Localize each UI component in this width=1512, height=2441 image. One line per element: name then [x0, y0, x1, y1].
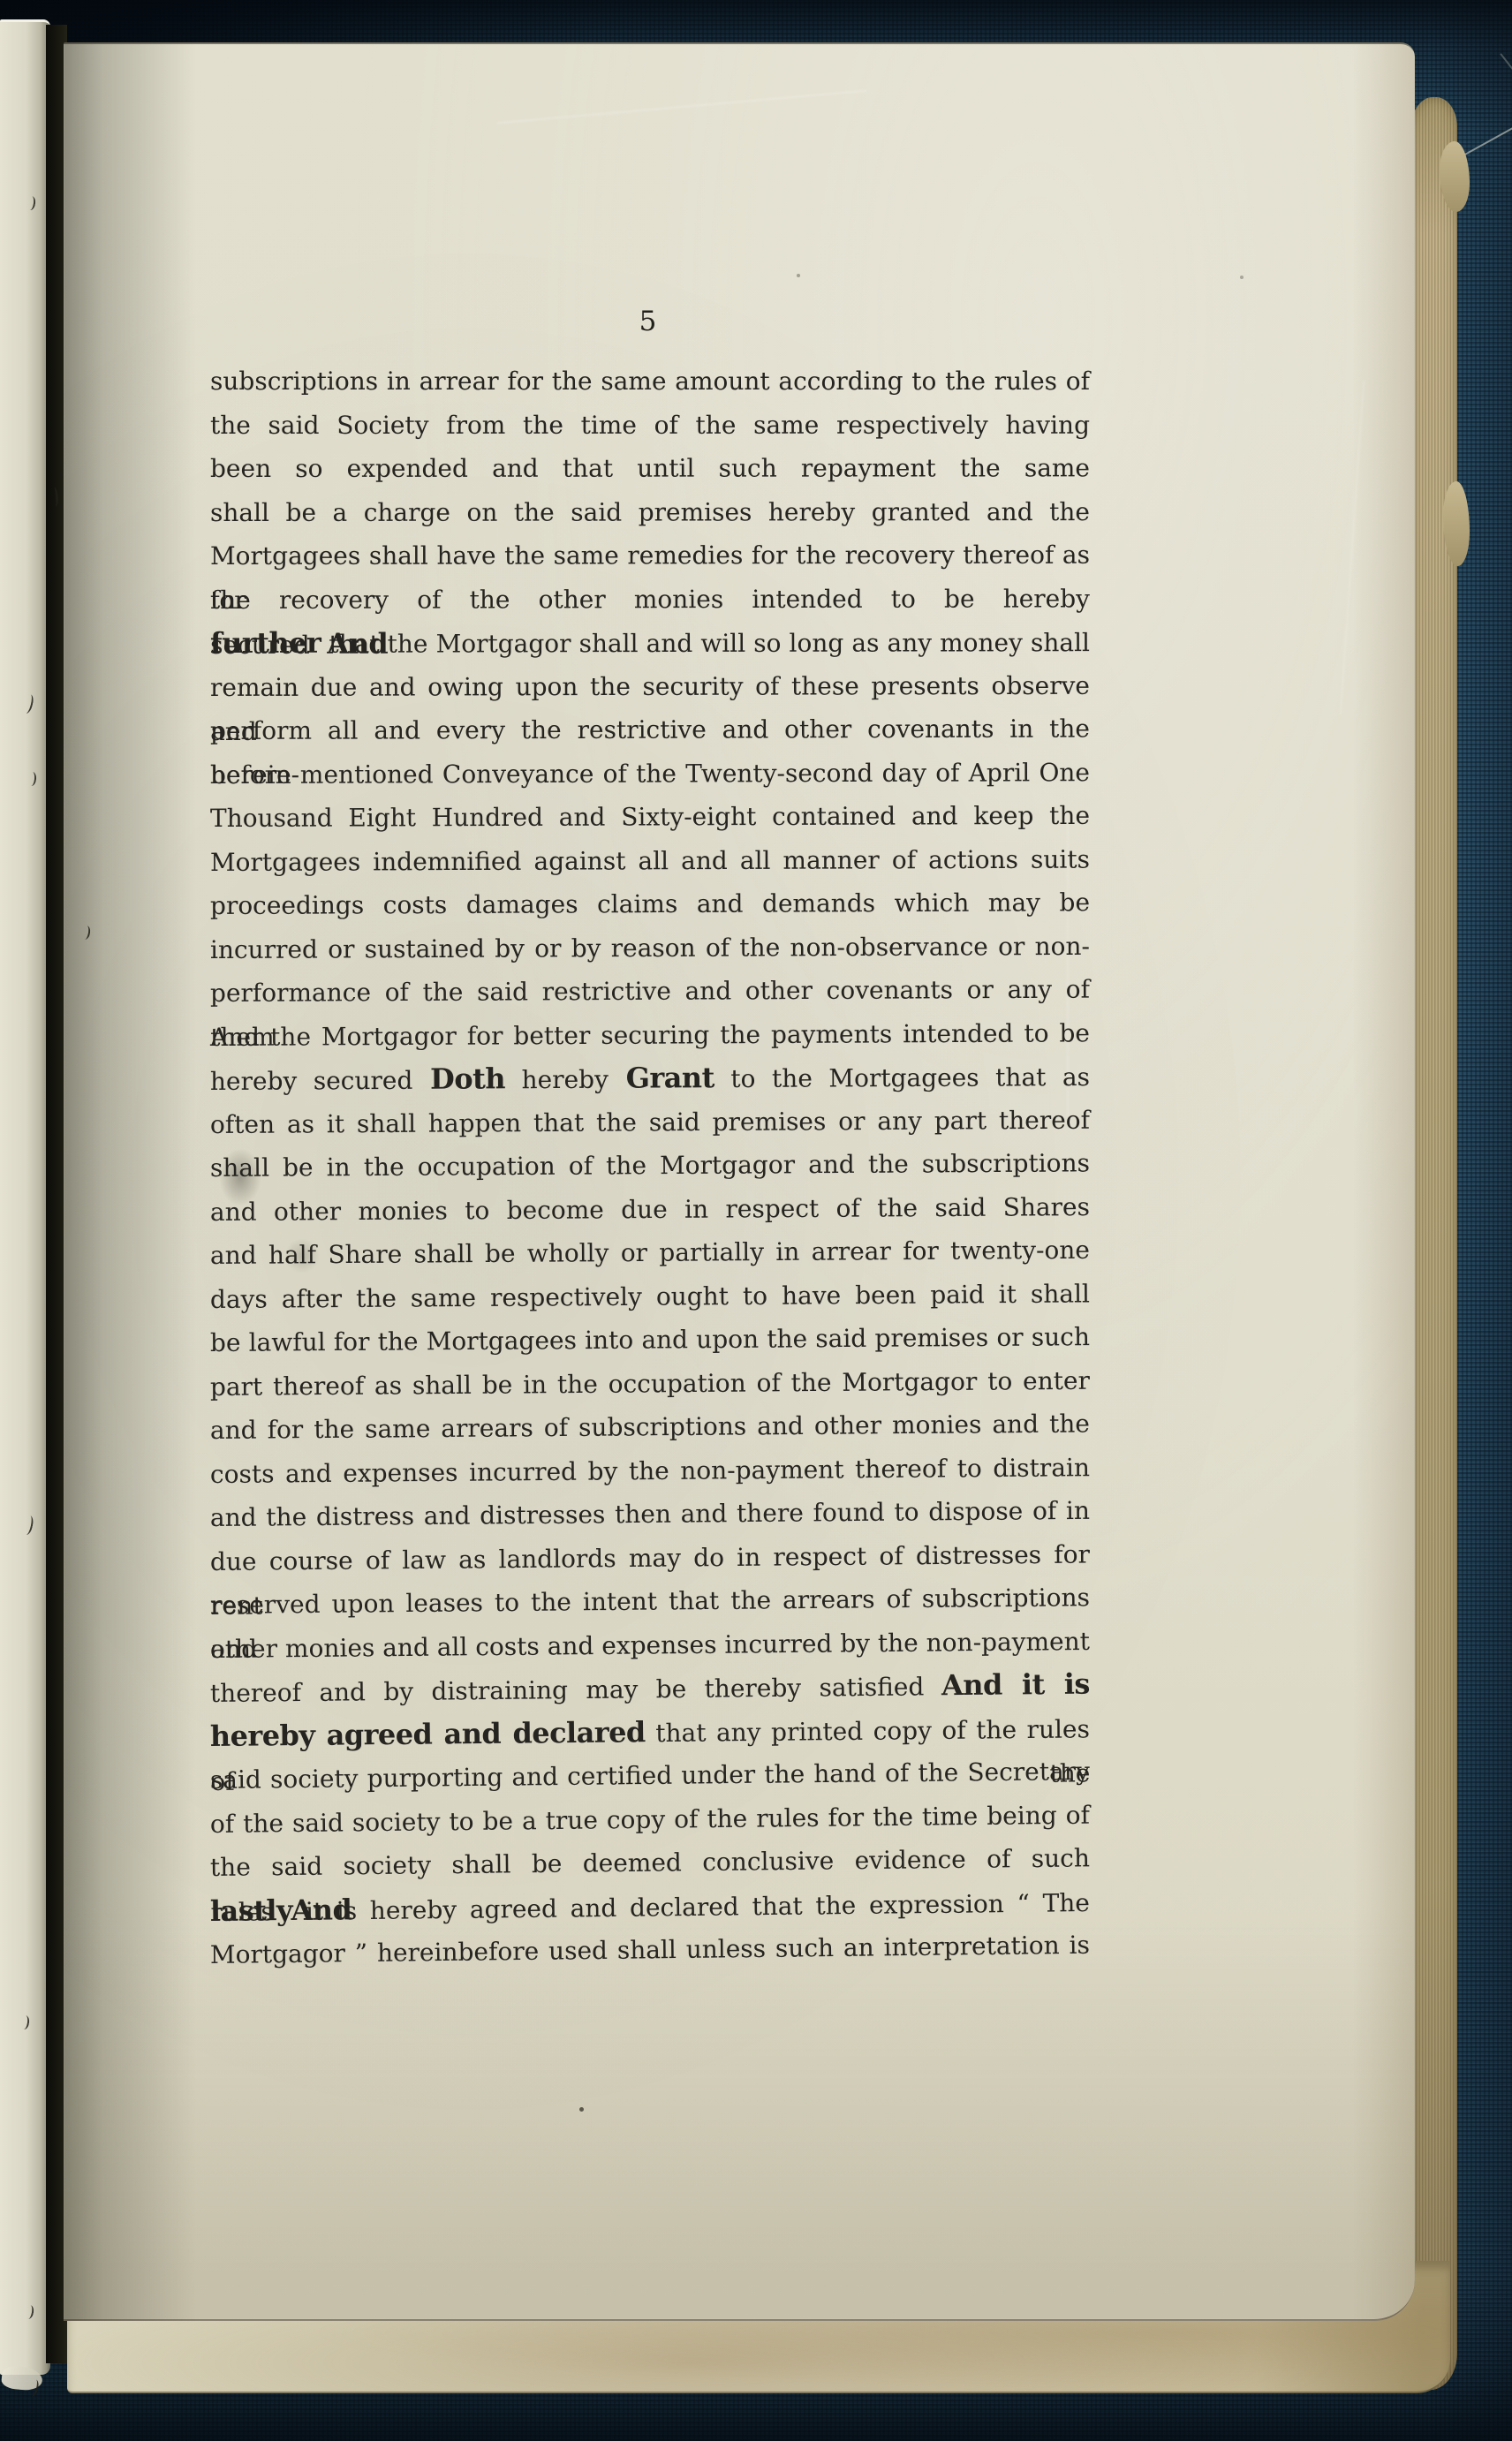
text-line: shall be in the occupation of the Mortga…: [210, 1141, 1090, 1190]
document-page: 5 subscriptions in arrear for the same a…: [64, 42, 1415, 2321]
book-scan: 5 subscriptions in arrear for the same a…: [0, 0, 1512, 2441]
text-line: Mortgagees indemnified against all and a…: [210, 837, 1090, 884]
text-line: part thereof as shall be in the occupati…: [210, 1358, 1090, 1409]
body-text: Mortgagees indemnified against all and a…: [210, 844, 1090, 876]
text-line: And the Mortgagor for better securing th…: [210, 1011, 1090, 1059]
text-block: subscriptions in arrear for the same amo…: [210, 359, 1090, 1977]
text-line: days after the same respectively ought t…: [210, 1272, 1090, 1321]
body-text: and half Share shall be wholly or partia…: [210, 1236, 1090, 1270]
body-text: Thousand Eight Hundred and Sixty-eight c…: [210, 801, 1090, 833]
blackletter-text: Grant: [626, 1061, 714, 1095]
body-text: and the distress and distresses then and…: [210, 1496, 1090, 1532]
body-text: Mortgagor ” hereinbefore used shall unle…: [210, 1931, 1090, 1969]
text-line: shall be a charge on the said premises h…: [210, 490, 1090, 534]
ink-speck: [579, 2107, 584, 2112]
text-line: be lawful for the Mortgagees into and up…: [210, 1315, 1090, 1364]
text-line: been so expended and that until such rep…: [210, 446, 1090, 490]
body-text: hereby secured: [210, 1066, 413, 1096]
text-line: incurred or sustained by or by reason of…: [210, 924, 1090, 971]
body-text: other monies and all costs and expenses …: [210, 1626, 1090, 1663]
body-text: incurred or sustained by or by reason of…: [210, 931, 1090, 964]
body-text: hereby: [505, 1065, 609, 1095]
text-line: proceedings costs damages claims and dem…: [210, 880, 1090, 927]
blackletter-text: And it is: [941, 1667, 1090, 1703]
ink-speck: [1240, 276, 1244, 279]
ink-speck: [797, 274, 800, 277]
text-line: Mortgagees shall have the same remedies …: [210, 533, 1090, 578]
paper-crease: [1340, 380, 1365, 714]
text-line: performance of the said restrictive and …: [210, 968, 1090, 1016]
body-text: the said Society from the time of the sa…: [210, 410, 1090, 439]
body-text: and for the same arrears of subscription…: [210, 1409, 1090, 1445]
blackletter-text: further: [210, 626, 321, 660]
text-line: subscriptions in arrear for the same amo…: [210, 359, 1090, 404]
blackletter-text: Doth: [430, 1062, 505, 1095]
text-line: perform all and every the restrictive an…: [210, 707, 1090, 752]
text-line: due course of law as landlords may do in…: [210, 1532, 1090, 1583]
paper-crease: [497, 90, 867, 125]
body-text: subscriptions in arrear for the same amo…: [210, 367, 1090, 396]
text-line: and the distress and distresses then and…: [210, 1489, 1090, 1540]
text-line: often as it shall happen that the said p…: [210, 1098, 1090, 1146]
body-text: thereof and by distraining may be thereb…: [210, 1672, 925, 1708]
body-text: been so expended and that until such rep…: [210, 453, 1090, 483]
body-text: days after the same respectively ought t…: [210, 1279, 1090, 1314]
text-line: Thousand Eight Hundred and Sixty-eight c…: [210, 794, 1090, 841]
body-text: that the Mortgagor shall and will so lon…: [321, 628, 1090, 659]
body-text: shall be a charge on the said premises h…: [210, 497, 1090, 527]
text-line: Mortgagor ” hereinbefore used shall unle…: [210, 1923, 1090, 1977]
text-line: and other monies to become due in respec…: [210, 1185, 1090, 1234]
body-text: and other monies to become due in respec…: [210, 1192, 1090, 1227]
page-block-fore-edge: [1410, 97, 1457, 2390]
blackletter-text: hereby agreed and declared: [210, 1715, 646, 1753]
body-text: of the said society to be a true copy of…: [210, 1800, 1090, 1838]
text-line: further that the Mortgagor shall and wil…: [210, 620, 1090, 665]
body-text: it is hereby agreed and declared that th…: [292, 1888, 1090, 1926]
body-text: part thereof as shall be in the occupati…: [210, 1365, 1090, 1401]
page-number: 5: [620, 306, 677, 337]
text-line: thereof and by distraining may be thereb…: [210, 1663, 1090, 1715]
body-text: before mentioned Conveyance of the Twent…: [210, 758, 1090, 790]
text-line: and for the same arrears of subscription…: [210, 1402, 1090, 1452]
blackletter-text: lastly: [210, 1893, 293, 1927]
body-text: be lawful for the Mortgagees into and up…: [210, 1322, 1090, 1357]
text-line: costs and expenses incurred by the non-p…: [210, 1446, 1090, 1496]
body-text: often as it shall happen that the said p…: [210, 1105, 1090, 1138]
body-text: shall be in the occupation of the Mortga…: [210, 1148, 1090, 1183]
text-line: the said Society from the time of the sa…: [210, 403, 1090, 447]
text-line: remain due and owing upon the security o…: [210, 663, 1090, 709]
text-line: hereby securedDoth herebyGrant to the Mo…: [210, 1054, 1090, 1103]
body-text: to the Mortgagees that as: [714, 1062, 1090, 1093]
body-text: And the Mortgagor for better securing th…: [210, 1018, 1090, 1052]
body-text: proceedings costs damages claims and dem…: [210, 888, 1090, 920]
body-text: said society purporting and certified un…: [210, 1757, 1090, 1795]
body-text: costs and expenses incurred by the non-p…: [210, 1453, 1090, 1489]
text-line: before mentioned Conveyance of the Twent…: [210, 751, 1090, 797]
text-line: reserved upon leases to the intent that …: [210, 1576, 1090, 1627]
text-line: the recovery of the other monies intende…: [210, 577, 1090, 622]
text-line: and half Share shall be wholly or partia…: [210, 1228, 1090, 1278]
thread-on-cover: [1500, 53, 1512, 72]
